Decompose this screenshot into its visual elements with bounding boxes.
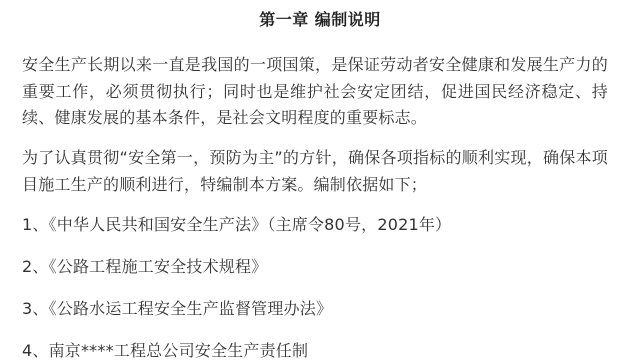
chapter-title: 第一章 编制说明 xyxy=(22,9,618,31)
paragraph-safety-policy: 安全生产长期以来一直是我国的一项国策，是保证劳动者安全健康和发展生产力的重要工作… xyxy=(22,52,608,132)
basis-list-item: 4、南京****工程总公司安全生产责任制 xyxy=(22,340,308,360)
basis-list-item: 1、《中华人民共和国安全生产法》（主席令80号，2021年） xyxy=(22,214,451,236)
basis-list-item: 3、《公路水运工程安全生产监督管理办法》 xyxy=(22,298,332,320)
basis-list-item: 2、《公路工程施工安全技术规程》 xyxy=(22,256,267,278)
paragraph-purpose: 为了认真贯彻“安全第一，预防为主”的方针，确保各项指标的顺利实现，确保本项目施工… xyxy=(22,145,608,198)
